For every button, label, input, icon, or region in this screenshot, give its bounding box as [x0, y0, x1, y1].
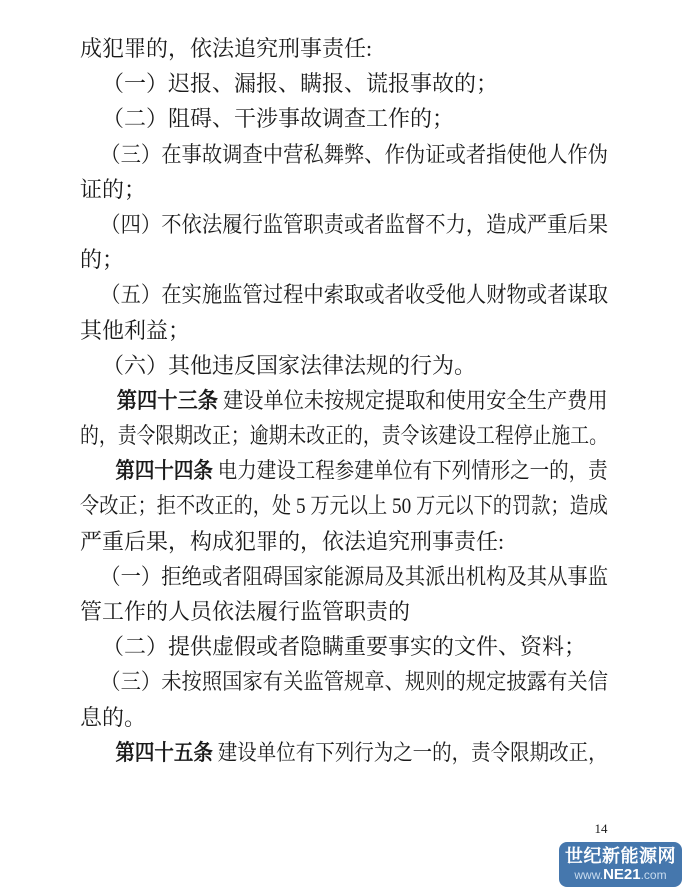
text-line: 其他利益；	[80, 313, 608, 348]
ne21-watermark-badge[interactable]: 世纪新能源网 www.NE21.com	[559, 842, 682, 887]
article-number-bold: 第四十五条	[115, 740, 212, 765]
text-line: （五）在实施监管过程中索取或者收受他人财物或者谋取	[80, 277, 567, 312]
text-line: （二）提供虚假或者隐瞒重要事实的文件、资料；	[80, 629, 608, 664]
text-line: （一）拒绝或者阻碍国家能源局及其派出机构及其从事监	[80, 559, 567, 594]
logo-url-www: www.	[574, 868, 603, 882]
text-line: 管工作的人员依法履行监管职责的	[80, 594, 608, 629]
text-line-article-45: 第四十五条 建设单位有下列行为之一的，责令限期改正，	[80, 735, 548, 770]
text-line: 令改正；拒不改正的，处 5 万元以上 50 万元以下的罚款；造成	[80, 488, 541, 523]
text-line-article-44: 第四十四条 电力建设工程参建单位有下列情形之一的，责	[80, 453, 548, 488]
text-line: （四）不依法履行监管职责或者监督不力，造成严重后果	[80, 207, 567, 242]
text-line: （三）在事故调查中营私舞弊、作伪证或者指使他人作伪	[80, 137, 567, 172]
article-number-bold: 第四十四条	[115, 458, 212, 483]
document-text-block: 成犯罪的，依法追究刑事责任: （一）迟报、漏报、瞒报、谎报事故的； （二）阻碍、…	[80, 31, 608, 770]
page-number: 14	[560, 821, 642, 836]
text-line-article-43: 第四十三条 建设单位未按规定提取和使用安全生产费用	[80, 383, 566, 418]
logo-url-com: .com	[641, 868, 667, 882]
text-line: （三）未按照国家有关监管规章、规则的规定披露有关信	[80, 664, 567, 699]
logo-title: 世纪新能源网	[565, 846, 676, 867]
logo-url-brand: NE21	[603, 866, 641, 883]
text-line: 成犯罪的，依法追究刑事责任:	[80, 31, 608, 66]
text-line: （六）其他违反国家法律法规的行为。	[80, 348, 608, 383]
text-line: （一）迟报、漏报、瞒报、谎报事故的；	[80, 66, 608, 101]
text-line: （二）阻碍、干涉事故调查工作的；	[80, 101, 608, 136]
text-line: 的；	[80, 242, 608, 277]
logo-url: www.NE21.com	[574, 867, 666, 883]
text-line: 证的；	[80, 172, 608, 207]
text-line: 严重后果，构成犯罪的，依法追究刑事责任:	[80, 524, 608, 559]
article-number-bold: 第四十三条	[117, 388, 218, 413]
text-line: 的，责令限期改正；逾期未改正的，责令该建设工程停止施工。	[80, 418, 533, 453]
text-line: 息的。	[80, 700, 608, 735]
